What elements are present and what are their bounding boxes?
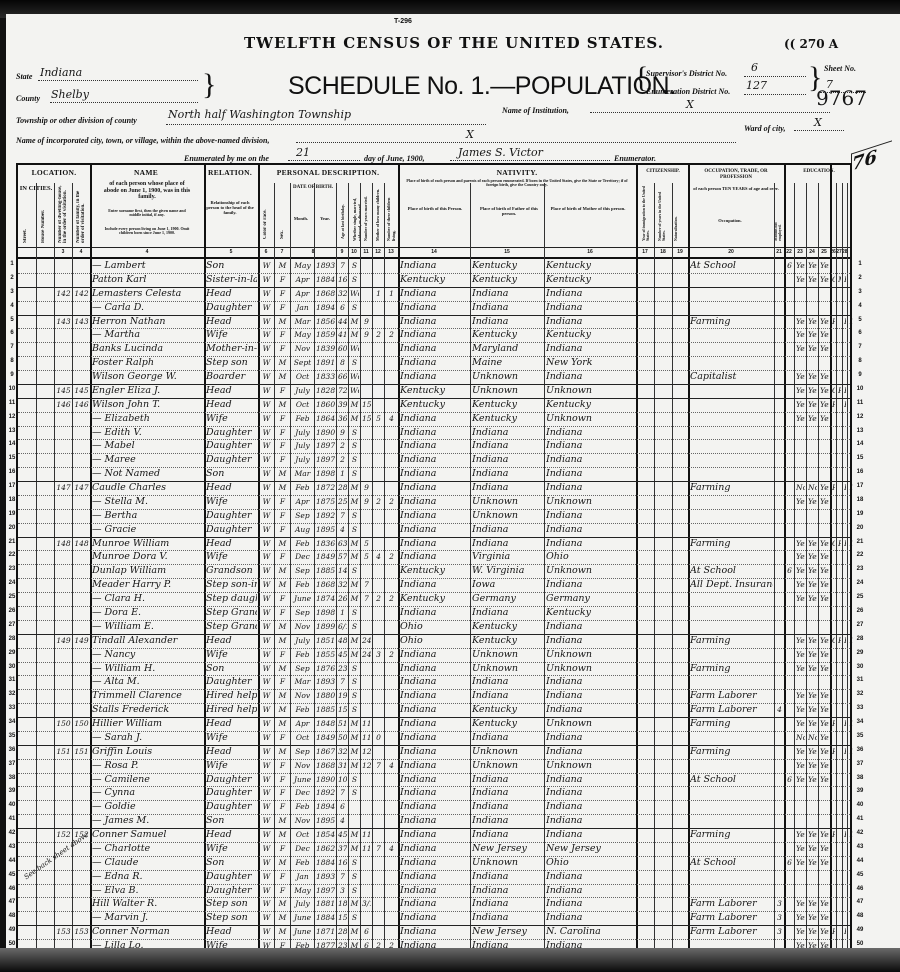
cell-birth: Indiana [400, 467, 469, 481]
cell-relation: Son [206, 662, 257, 676]
cell-mc: 3 [374, 648, 383, 662]
cell-english: Yes [820, 842, 829, 856]
cell-write: Yes [808, 328, 817, 342]
cell-name: Hill Walter R. [92, 897, 203, 911]
cell-name: Foster Ralph [92, 356, 203, 370]
cell-fh [844, 870, 846, 884]
cell-sex: F [276, 273, 289, 287]
cell-year: 1895 [316, 523, 335, 537]
cell-age: 45 [338, 828, 347, 842]
cell-sex: F [276, 800, 289, 814]
line-number: 7 [6, 344, 18, 350]
cell-ym [362, 689, 371, 703]
cell-school [786, 537, 793, 551]
column-rule [360, 183, 361, 953]
cell-mother: Unknown [546, 495, 635, 509]
cell-cl [386, 662, 397, 676]
cell-name: — Elva B. [92, 884, 203, 898]
cell-mc [374, 439, 383, 453]
cell-read [796, 356, 805, 370]
cell-family [74, 550, 89, 564]
township-label: Township or other division of county [16, 116, 137, 125]
cell-month: June [292, 911, 313, 925]
cell-relation: Sister-in-law [206, 273, 257, 287]
cell-age: 39 [338, 398, 347, 412]
cell-mu [776, 398, 783, 412]
line-number: 1 [854, 261, 866, 267]
cell-cl [386, 786, 397, 800]
cell-own [832, 897, 835, 911]
cell-occupation [690, 301, 773, 315]
table-row: Hill Walter R.Step sonWMJuly188118M3/12I… [18, 897, 850, 911]
line-number: 5 [6, 317, 18, 323]
cell-mu [776, 509, 783, 523]
row-rule [18, 648, 850, 649]
cell-name: — Rosa P. [92, 759, 203, 773]
cell-mu [776, 800, 783, 814]
cell-marital: S [350, 467, 359, 481]
cell-family [74, 564, 89, 578]
cell-mother: Indiana [546, 884, 635, 898]
cell-write: Yes [808, 828, 817, 842]
line-number: 19 [6, 511, 18, 517]
cell-name: Munroe William [92, 537, 203, 551]
cell-mc [374, 384, 383, 398]
cell-age: 2 [338, 453, 347, 467]
line-number: 50 [854, 941, 866, 947]
cell-father: Germany [472, 592, 543, 606]
cell-own [832, 592, 835, 606]
cell-occupation: Farm Laborer [690, 925, 773, 939]
cell-dwelling [56, 620, 71, 634]
relation-header: RELATION. [204, 169, 256, 177]
cell-fm [838, 731, 841, 745]
cell-year: 1885 [316, 703, 335, 717]
cell-mc [374, 523, 383, 537]
cell-farm [849, 384, 853, 398]
cell-fm [838, 564, 841, 578]
cell-occupation [690, 384, 773, 398]
cell-month: Oct [292, 398, 313, 412]
table-row: — Edith V.DaughterWFJuly18909SIndianaInd… [18, 426, 850, 440]
cell-mu [776, 564, 783, 578]
cell-read: Yes [796, 634, 805, 648]
cell-family [74, 620, 89, 634]
cell-birth: Indiana [400, 426, 469, 440]
cell-write: Yes [808, 384, 817, 398]
cell-own: O [832, 273, 835, 287]
cell-write [808, 467, 817, 481]
cell-school [786, 925, 793, 939]
cell-mc [374, 662, 383, 676]
cell-mc [374, 897, 383, 911]
line-number: 35 [6, 733, 18, 739]
cell-relation: Head [206, 287, 257, 301]
cell-color: W [260, 870, 273, 884]
table-row: — CharlotteWifeWFDec186237M1174IndianaNe… [18, 842, 850, 856]
cell-english: Yes [820, 537, 829, 551]
table-row: 151151Griffin LouisHeadWMSep186732M12Ind… [18, 745, 850, 759]
cell-marital: S [350, 426, 359, 440]
cell-father: W. Virginia [472, 564, 543, 578]
cell-family [74, 897, 89, 911]
line-number: 8 [6, 358, 18, 364]
cell-read [796, 287, 805, 301]
column-rule [806, 183, 807, 953]
census-sheet: T-296 TWELFTH CENSUS OF THE UNITED STATE… [6, 14, 900, 964]
cell-mother: Unknown [546, 662, 635, 676]
column-rule [836, 183, 837, 953]
cell-marital: M [350, 648, 359, 662]
column-rule [314, 183, 315, 953]
cell-read: Yes [796, 689, 805, 703]
enumerated-prefix: Enumerated by me on the [184, 154, 269, 163]
row-rule [18, 842, 850, 843]
cell-relation: Head [206, 481, 257, 495]
cell-mother: Indiana [546, 426, 635, 440]
cell-family: 143 [74, 315, 89, 329]
cell-sex: F [276, 342, 289, 356]
cell-ym [362, 856, 371, 870]
cell-father: Indiana [472, 870, 543, 884]
cell-occupation [690, 342, 773, 356]
cell-mc: 7 [374, 759, 383, 773]
cell-mu [776, 481, 783, 495]
cell-occupation [690, 675, 773, 689]
cell-ym: 9 [362, 315, 371, 329]
cell-month: Jan [292, 870, 313, 884]
name-header: NAME [96, 169, 196, 177]
cell-mc [374, 856, 383, 870]
row-rule [18, 856, 850, 857]
cell-dwelling: 149 [56, 634, 71, 648]
cell-english: Yes [820, 773, 829, 787]
cell-mu [776, 675, 783, 689]
cell-read: Yes [796, 717, 805, 731]
cell-fm [838, 911, 841, 925]
cell-relation: Head [206, 384, 257, 398]
cell-write: Yes [808, 273, 817, 287]
age-header: Age at last birthday. [340, 191, 345, 239]
cell-year: 1893 [316, 259, 335, 273]
cell-farm [849, 287, 853, 301]
cell-sex: F [276, 759, 289, 773]
cell-name: — William H. [92, 662, 203, 676]
cell-fm: F [838, 384, 841, 398]
cell-year: 1895 [316, 814, 335, 828]
cell-occupation: Farming [690, 745, 773, 759]
cell-occupation [690, 287, 773, 301]
cell-father: Iowa [472, 578, 543, 592]
table-row: 148148Munroe WilliamHeadWMFeb183663M5Ind… [18, 537, 850, 551]
cell-sex: F [276, 592, 289, 606]
column-number: 19 [672, 249, 688, 255]
cell-cl: 2 [386, 592, 397, 606]
cell-dwelling [56, 662, 71, 676]
cell-occupation: Farming [690, 537, 773, 551]
cell-birth: Indiana [400, 523, 469, 537]
institution-line [590, 112, 830, 113]
cell-age: 18 [338, 897, 347, 911]
cell-mc [374, 884, 383, 898]
cell-fm [838, 412, 841, 426]
line-number: 40 [6, 802, 18, 808]
cell-name: — Camilene [92, 773, 203, 787]
cell-birth: Indiana [400, 675, 469, 689]
cell-family [74, 342, 89, 356]
cell-color: W [260, 328, 273, 342]
cell-ym [362, 453, 371, 467]
occupation-column-header: Occupation. [690, 219, 770, 224]
cell-cl [386, 814, 397, 828]
cell-birth: Indiana [400, 786, 469, 800]
cell-occupation: At School [690, 773, 773, 787]
cell-month: Feb [292, 537, 313, 551]
cell-father: Indiana [472, 481, 543, 495]
nativity-header: NATIVITY. [398, 169, 636, 177]
education-header: EDUCATION. [784, 169, 854, 175]
cell-own [832, 786, 835, 800]
cell-fh [844, 856, 846, 870]
cell-ym [362, 884, 371, 898]
cell-sex: F [276, 287, 289, 301]
cell-ym: 11 [362, 842, 371, 856]
cell-school [786, 675, 793, 689]
line-number: 45 [6, 872, 18, 878]
cell-write [808, 884, 817, 898]
cell-fm [838, 703, 841, 717]
cell-color: W [260, 800, 273, 814]
cell-color: W [260, 398, 273, 412]
cell-color: W [260, 856, 273, 870]
cell-ym [362, 564, 371, 578]
cell-mu [776, 356, 783, 370]
cell-age: 14 [338, 564, 347, 578]
cell-fh [844, 620, 846, 634]
cell-birth: Ohio [400, 634, 469, 648]
cell-ym [362, 814, 371, 828]
cell-mc [374, 342, 383, 356]
cell-occupation: Farm Laborer [690, 911, 773, 925]
cell-sex: F [276, 870, 289, 884]
line-number: 20 [854, 525, 866, 531]
cell-mu [776, 495, 783, 509]
line-number: 34 [854, 719, 866, 725]
cell-dwelling [56, 370, 71, 384]
line-number: 34 [6, 719, 18, 725]
cell-farm [849, 759, 853, 773]
occupation-header: OCCUPATION, TRADE, OR PROFESSION [690, 169, 782, 180]
cell-fm [838, 786, 841, 800]
table-row: — Not NamedSonWMMar18981SIndianaIndianaI… [18, 467, 850, 481]
cell-father: Kentucky [472, 703, 543, 717]
cell-year: 1867 [316, 745, 335, 759]
cell-mu [776, 384, 783, 398]
cell-farm [849, 662, 853, 676]
cell-year: 1828 [316, 384, 335, 398]
cell-marital: S [350, 786, 359, 800]
row-rule [18, 481, 850, 482]
cell-school [786, 870, 793, 884]
relation-description: Relationship of each person to the head … [206, 201, 254, 216]
cell-father: Kentucky [472, 634, 543, 648]
cell-name: Stalls Frederick [92, 703, 203, 717]
cell-mother: Indiana [546, 481, 635, 495]
cell-name: — Gracie [92, 523, 203, 537]
table-row: 145145Engler Eliza J.HeadWFJuly182872WdK… [18, 384, 850, 398]
table-row: — Alta M.DaughterWFMar18937SIndianaIndia… [18, 675, 850, 689]
cell-cl [386, 273, 397, 287]
cell-year: 1860 [316, 398, 335, 412]
cell-occupation [690, 273, 773, 287]
cell-father: Indiana [472, 731, 543, 745]
county-line [50, 102, 198, 103]
cell-mu [776, 287, 783, 301]
cell-marital: M [350, 328, 359, 342]
cell-mu [776, 814, 783, 828]
row-rule [18, 412, 850, 413]
table-row: — Marvin J.Step sonWMJune188415SIndianaI… [18, 911, 850, 925]
row-rule [18, 592, 850, 593]
cell-year: 1868 [316, 759, 335, 773]
table-row: Dunlap WilliamGrandsonWMSep188514SKentuc… [18, 564, 850, 578]
cell-mc [374, 773, 383, 787]
table-row: — Rosa P.WifeWFNov186831M1274IndianaUnkn… [18, 759, 850, 773]
cell-fh [844, 814, 846, 828]
cell-dwelling [56, 703, 71, 717]
cell-fh [844, 759, 846, 773]
line-number: 18 [6, 497, 18, 503]
street-header: Street. [23, 207, 28, 243]
row-rule [18, 620, 850, 621]
cell-english [820, 620, 829, 634]
cell-family [74, 523, 89, 537]
cell-english [820, 509, 829, 523]
cell-dwelling [56, 467, 71, 481]
cell-school [786, 606, 793, 620]
cell-month: May [292, 884, 313, 898]
cell-mother: Unknown [546, 412, 635, 426]
cell-year: 1868 [316, 287, 335, 301]
cell-mother: Kentucky [546, 398, 635, 412]
cell-fh [844, 426, 846, 440]
cell-mother: Indiana [546, 773, 635, 787]
column-rule [384, 183, 385, 953]
cell-family [74, 273, 89, 287]
cell-school [786, 328, 793, 342]
cell-own: R [832, 745, 835, 759]
cell-year: 1893 [316, 870, 335, 884]
cell-mu [776, 786, 783, 800]
cell-age: 60 [338, 342, 347, 356]
cell-dwelling [56, 564, 71, 578]
cell-own [832, 523, 835, 537]
line-number: 9 [6, 372, 18, 378]
cell-school [786, 384, 793, 398]
table-row: Wilson George W.BoarderWMOct183366WdIndi… [18, 370, 850, 384]
cell-age: 7 [338, 509, 347, 523]
cell-age: 9 [338, 426, 347, 440]
cell-ym: 7 [362, 592, 371, 606]
line-number: 3 [6, 289, 18, 295]
cell-occupation: Farm Laborer [690, 897, 773, 911]
cell-school [786, 717, 793, 731]
cell-mother: Unknown [546, 564, 635, 578]
cell-school [786, 426, 793, 440]
enumerator-name: James S. Victor [458, 146, 543, 159]
column-number: 24 [806, 249, 818, 255]
cell-english [820, 439, 829, 453]
cell-read: Yes [796, 564, 805, 578]
cell-fm [838, 467, 841, 481]
cell-fm [838, 370, 841, 384]
cell-relation: Wife [206, 412, 257, 426]
cell-school [786, 287, 793, 301]
line-number: 6 [6, 330, 18, 336]
cell-fh [844, 578, 846, 592]
cell-own [832, 773, 835, 787]
cell-mother: Indiana [546, 745, 635, 759]
cell-age: 10 [338, 773, 347, 787]
cell-father: New Jersey [472, 925, 543, 939]
cell-year: 1859 [316, 328, 335, 342]
cell-school [786, 356, 793, 370]
cell-read: Yes [796, 911, 805, 925]
cell-mu [776, 689, 783, 703]
cell-read: Yes [796, 273, 805, 287]
cell-marital: S [350, 273, 359, 287]
row-rule [18, 759, 850, 760]
cell-own [832, 814, 835, 828]
cell-write: Yes [808, 550, 817, 564]
cell-mc [374, 509, 383, 523]
cell-month: Oct [292, 731, 313, 745]
cell-cl [386, 911, 397, 925]
birth-mother-header: Place of birth of Mother of this person. [548, 207, 628, 212]
cell-school [786, 412, 793, 426]
cell-birth: Indiana [400, 301, 469, 315]
cell-cl [386, 689, 397, 703]
cell-mu [776, 731, 783, 745]
cell-mother: Ohio [546, 856, 635, 870]
cell-mc [374, 814, 383, 828]
cell-color: W [260, 759, 273, 773]
cell-fh [844, 773, 846, 787]
line-number: 42 [854, 830, 866, 836]
cell-own [832, 564, 835, 578]
line-number: 31 [6, 677, 18, 683]
cell-mu [776, 259, 783, 273]
cell-relation: Wife [206, 648, 257, 662]
cell-occupation [690, 786, 773, 800]
cell-english: Yes [820, 259, 829, 273]
cell-relation: Daughter [206, 439, 257, 453]
cell-color: W [260, 620, 273, 634]
cell-read [796, 509, 805, 523]
line-number: 10 [854, 386, 866, 392]
cell-read: Yes [796, 703, 805, 717]
line-number: 16 [854, 469, 866, 475]
cell-marital: S [350, 703, 359, 717]
cell-fm [838, 398, 841, 412]
line-number: 29 [6, 650, 18, 656]
cell-age: 36 [338, 412, 347, 426]
cell-ym: 24 [362, 634, 371, 648]
cell-birth: Indiana [400, 897, 469, 911]
cell-color: W [260, 287, 273, 301]
cell-marital: S [350, 662, 359, 676]
line-number: 7 [854, 344, 866, 350]
